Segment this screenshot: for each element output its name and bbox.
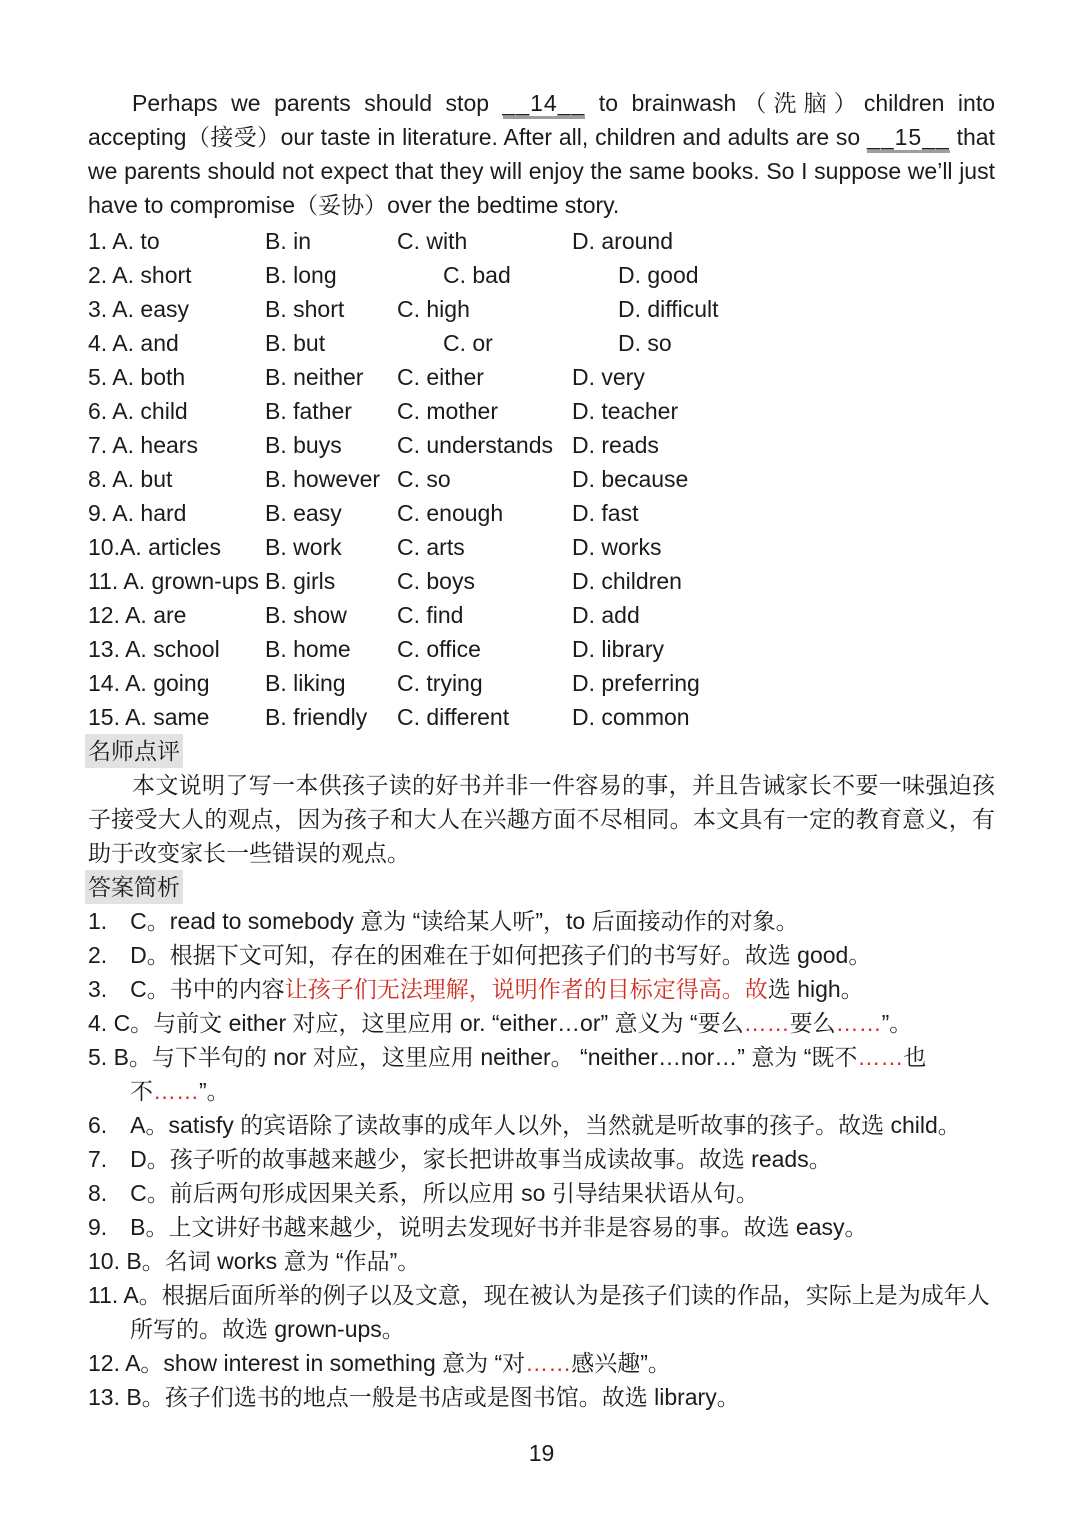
option-cell: D. very	[572, 360, 645, 394]
answer-text: 1. C。read to somebody 意为 “读给某人听”，to 后面接动…	[88, 908, 799, 934]
option-cell: C. high	[397, 292, 572, 326]
option-cell: D. around	[572, 224, 673, 258]
option-cell: B. girls	[265, 564, 397, 598]
option-row: 5. A. bothB. neitherC. eitherD. very	[88, 360, 995, 394]
option-cell: C. either	[397, 360, 572, 394]
answer-text: 3. C。书中的内容	[88, 976, 285, 1002]
page-number: 19	[88, 1436, 995, 1470]
option-cell: 5. A. both	[88, 360, 265, 394]
option-row: 13. A. schoolB. homeC. officeD. library	[88, 632, 995, 666]
answer-item: 8. C。前后两句形成因果关系，所以应用 so 引导结果状语从句。	[88, 1176, 995, 1210]
option-row: 1. A. toB. inC. withD. around	[88, 224, 995, 258]
option-cell: 13. A. school	[88, 632, 265, 666]
intro-text: Perhaps we parents should stop	[132, 90, 503, 116]
option-cell: 8. A. but	[88, 462, 265, 496]
option-cell: B. easy	[265, 496, 397, 530]
answer-item: 5. B。与下半句的 nor 对应，这里应用 neither。 “neither…	[88, 1040, 995, 1108]
option-cell: C. trying	[397, 666, 572, 700]
answer-text: 4. C。与前文 either 对应，这里应用 or. “either…or” …	[88, 1010, 744, 1036]
option-cell: 9. A. hard	[88, 496, 265, 530]
answer-red-text: ……	[525, 1350, 571, 1376]
option-cell: D. works	[572, 530, 661, 564]
option-cell: B. in	[265, 224, 397, 258]
option-cell: D. common	[572, 700, 690, 734]
option-cell: D. children	[572, 564, 682, 598]
option-cell: B. buys	[265, 428, 397, 462]
intro-paragraph: Perhaps we parents should stop __14__ to…	[88, 86, 995, 222]
answer-item: 11. A。根据后面所举的例子以及文意，现在被认为是孩子们读的作品，实际上是为成…	[88, 1278, 995, 1346]
option-cell: D. difficult	[572, 292, 719, 326]
fill-in-blank: __15__	[867, 124, 950, 153]
page-content: Perhaps we parents should stop __14__ to…	[88, 86, 995, 1470]
answer-item: 1. C。read to somebody 意为 “读给某人听”，to 后面接动…	[88, 904, 995, 938]
option-row: 3. A. easyB. shortC. highD. difficult	[88, 292, 995, 326]
option-row: 7. A. hearsB. buysC. understandsD. reads	[88, 428, 995, 462]
option-cell: 12. A. are	[88, 598, 265, 632]
answer-red-text: ……	[744, 1010, 790, 1036]
option-row: 10.A. articlesB. workC. artsD. works	[88, 530, 995, 564]
answer-text: 13. B。孩子们选书的地点一般是书店或是图书馆。故选 library。	[88, 1384, 740, 1410]
document-page: Perhaps we parents should stop __14__ to…	[0, 0, 1080, 1525]
answer-item: 6. A。satisfy 的宾语除了读故事的成年人以外，当然就是听故事的孩子。故…	[88, 1108, 995, 1142]
answer-item: 9. B。上文讲好书越来越少，说明去发现好书并非是容易的事。故选 easy。	[88, 1210, 995, 1244]
answer-text: 10. B。名词 works 意为 “作品”。	[88, 1248, 420, 1274]
option-cell: 4. A. and	[88, 326, 265, 360]
teacher-comment-paragraph: 本文说明了写一本供孩子读的好书并非一件容易的事，并且告诫家长不要一味强迫孩子接受…	[88, 768, 995, 870]
option-cell: D. good	[618, 258, 699, 292]
answer-item: 7. D。孩子听的故事越来越少，家长把讲故事当成读故事。故选 reads。	[88, 1142, 995, 1176]
answer-analysis-heading: 答案简析	[85, 870, 183, 904]
option-cell: C. arts	[397, 530, 572, 564]
option-cell: B. but	[265, 326, 397, 360]
answer-red-text: ……	[153, 1078, 199, 1104]
option-row: 4. A. andB. butC. orD. so	[88, 326, 995, 360]
option-cell: C. with	[397, 224, 572, 258]
option-cell: 11. A. grown-ups	[88, 564, 265, 598]
answer-item: 13. B。孩子们选书的地点一般是书店或是图书馆。故选 library。	[88, 1380, 995, 1414]
option-cell: C. understands	[397, 428, 572, 462]
option-cell: C. boys	[397, 564, 572, 598]
option-cell: B. long	[265, 258, 397, 292]
option-cell: C. enough	[397, 496, 572, 530]
option-cell: B. short	[265, 292, 397, 326]
option-cell: 3. A. easy	[88, 292, 265, 326]
option-row: 8. A. butB. howeverC. soD. because	[88, 462, 995, 496]
option-cell: B. however	[265, 462, 397, 496]
option-row: 12. A. areB. showC. findD. add	[88, 598, 995, 632]
option-cell: D. teacher	[572, 394, 678, 428]
options-table: 1. A. toB. inC. withD. around2. A. short…	[88, 224, 995, 734]
option-cell: D. add	[572, 598, 640, 632]
option-row: 15. A. sameB. friendlyC. differentD. com…	[88, 700, 995, 734]
option-row: 14. A. goingB. likingC. tryingD. preferr…	[88, 666, 995, 700]
answer-text: 选 high。	[768, 976, 864, 1002]
answer-text: 9. B。上文讲好书越来越少，说明去发现好书并非是容易的事。故选 easy。	[88, 1214, 868, 1240]
option-cell: D. preferring	[572, 666, 700, 700]
option-cell: 6. A. child	[88, 394, 265, 428]
fill-in-blank: __14__	[503, 90, 586, 119]
option-cell: 2. A. short	[88, 258, 265, 292]
option-cell: B. work	[265, 530, 397, 564]
option-cell: D. reads	[572, 428, 659, 462]
answer-text: ”。	[882, 1010, 913, 1036]
answer-item: 4. C。与前文 either 对应，这里应用 or. “either…or” …	[88, 1006, 995, 1040]
option-cell: 1. A. to	[88, 224, 265, 258]
teacher-comment-heading: 名师点评	[85, 734, 183, 768]
option-row: 6. A. childB. fatherC. motherD. teacher	[88, 394, 995, 428]
option-cell: B. liking	[265, 666, 397, 700]
option-cell: 15. A. same	[88, 700, 265, 734]
answer-text: ”。	[199, 1078, 230, 1104]
answer-item: 10. B。名词 works 意为 “作品”。	[88, 1244, 995, 1278]
option-cell: C. different	[397, 700, 572, 734]
option-cell: C. so	[397, 462, 572, 496]
option-cell: D. library	[572, 632, 664, 666]
answer-item: 3. C。书中的内容让孩子们无法理解，说明作者的目标定得高。故选 high。	[88, 972, 995, 1006]
option-row: 2. A. shortB. longC. badD. good	[88, 258, 995, 292]
option-cell: D. fast	[572, 496, 638, 530]
option-cell: B. friendly	[265, 700, 397, 734]
answer-red-text: ……	[836, 1010, 882, 1036]
option-cell: C. or	[397, 326, 618, 360]
answer-red-text: 让孩子们无法理解，说明作者的目标定得高。故	[285, 976, 768, 1002]
option-cell: 10.A. articles	[88, 530, 265, 564]
answer-item: 12. A。show interest in something 意为 “对………	[88, 1346, 995, 1380]
option-cell: B. father	[265, 394, 397, 428]
answer-analysis-list: 1. C。read to somebody 意为 “读给某人听”，to 后面接动…	[88, 904, 995, 1414]
answer-text: 要么	[790, 1010, 836, 1036]
answer-red-text: ……	[857, 1044, 903, 1070]
option-cell: C. office	[397, 632, 572, 666]
answer-text: 11. A。根据后面所举的例子以及文意，现在被认为是孩子们读的作品，实际上是为成…	[88, 1282, 990, 1342]
option-cell: C. find	[397, 598, 572, 632]
option-cell: C. bad	[397, 258, 618, 292]
answer-text: 8. C。前后两句形成因果关系，所以应用 so 引导结果状语从句。	[88, 1180, 759, 1206]
option-cell: D. so	[618, 326, 672, 360]
option-cell: 14. A. going	[88, 666, 265, 700]
option-cell: B. home	[265, 632, 397, 666]
option-cell: D. because	[572, 462, 688, 496]
answer-text: 5. B。与下半句的 nor 对应，这里应用 neither。 “neither…	[88, 1044, 857, 1070]
option-cell: B. show	[265, 598, 397, 632]
option-cell: B. neither	[265, 360, 397, 394]
answer-text: 6. A。satisfy 的宾语除了读故事的成年人以外，当然就是听故事的孩子。故…	[88, 1112, 961, 1138]
answer-item: 2. D。根据下文可知，存在的困难在于如何把孩子们的书写好。故选 good。	[88, 938, 995, 972]
answer-text: 2. D。根据下文可知，存在的困难在于如何把孩子们的书写好。故选 good。	[88, 942, 871, 968]
answer-text: 12. A。show interest in something 意为 “对	[88, 1350, 525, 1376]
answer-text: 7. D。孩子听的故事越来越少，家长把讲故事当成读故事。故选 reads。	[88, 1146, 832, 1172]
option-row: 9. A. hardB. easyC. enoughD. fast	[88, 496, 995, 530]
option-cell: C. mother	[397, 394, 572, 428]
answer-text: 感兴趣”。	[571, 1350, 671, 1376]
option-row: 11. A. grown-upsB. girlsC. boysD. childr…	[88, 564, 995, 598]
option-cell: 7. A. hears	[88, 428, 265, 462]
